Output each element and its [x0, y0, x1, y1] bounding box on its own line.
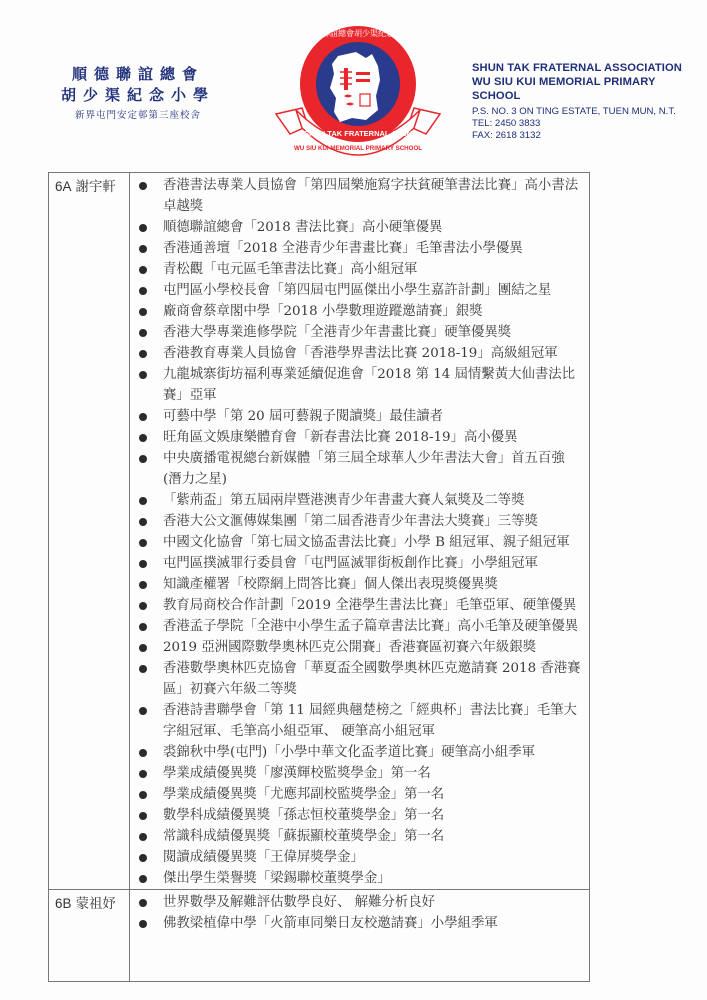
letterhead: 順德聯誼總會 胡少渠紀念小學 新界屯門安定邨第三座校舍 順德聯誼總會胡少渠紀念小… — [0, 0, 707, 160]
bullet-icon — [139, 224, 147, 232]
school-name-en: WU SIU KUI MEMORIAL PRIMARY SCHOOL — [472, 75, 707, 103]
awards-list: 世界數學及解難評估數學良好、 解難分析良好 佛教梁植偉中學「火箭車同樂日友校邀請… — [130, 890, 589, 934]
award-item: 學業成績優異獎「尤應邦副校監獎學金」第一名 — [130, 784, 589, 805]
bullet-icon — [139, 854, 147, 862]
award-item: 九龍城寨街坊福利專業延續促進會「2018 第 14 屆情繫黃大仙書法比賽」亞軍 — [130, 364, 589, 406]
award-item: 旺角區文娛康樂體育會「新春書法比賽 2018-19」高小優異 — [130, 427, 589, 448]
award-item: 數學科成績優異獎「孫志恒校董獎學金」第一名 — [130, 805, 589, 826]
bullet-icon — [139, 434, 147, 442]
bullet-icon — [139, 518, 147, 526]
award-item: 傑出學生榮譽獎「梁錫聯校董獎學金」 — [130, 868, 589, 889]
awards-cell: 世界數學及解難評估數學良好、 解難分析良好 佛教梁植偉中學「火箭車同樂日友校邀請… — [130, 890, 590, 982]
bullet-icon — [139, 371, 147, 379]
award-item: 香港孟子學院「全港中小學生孟子篇章書法比賽」高小毛筆及硬筆優異 — [130, 616, 589, 637]
award-item: 青松觀「屯元區毛筆書法比賽」高小組冠軍 — [130, 259, 589, 280]
award-item: 常識科成績優異獎「蘇振顯校董獎學金」第一名 — [130, 826, 589, 847]
award-item: 香港書法專業人員協會「第四屆樂施寫字扶貧硬筆書法比賽」高小書法卓越獎 — [130, 175, 589, 217]
award-item: 「紫荊盃」第五屆兩岸暨港澳青少年書畫大賽人氣獎及二等獎 — [130, 490, 589, 511]
student-cell: 6A 謝宇軒 — [49, 173, 130, 890]
award-item: 學業成績優異獎「廖漢輝校監獎學金」第一名 — [130, 763, 589, 784]
award-item: 閱讀成績優異獎「王偉屏獎學金」 — [130, 847, 589, 868]
student-cell: 6B 蒙祖妤 — [49, 890, 130, 982]
awards-cell: 香港書法專業人員協會「第四屆樂施寫字扶貧硬筆書法比賽」高小書法卓越獎 順德聯誼總… — [130, 173, 590, 890]
award-item: 中央廣播電視總台新媒體「第三屆全球華人少年書法大會」首五百強(潛力之星) — [130, 448, 589, 490]
school-name-english: SHUN TAK FRATERNAL ASSOCIATION WU SIU KU… — [472, 61, 707, 142]
award-item: 香港教育專業人員協會「香港學界書法比賽 2018-19」高級組冠軍 — [130, 343, 589, 364]
school-logo-icon: 順德聯誼總會胡少渠紀念小學 SHUN TAK FRATERNAL ASSN WU… — [268, 22, 448, 160]
bullet-icon — [139, 875, 147, 883]
bullet-icon — [139, 560, 147, 568]
bullet-icon — [139, 770, 147, 778]
bullet-icon — [139, 350, 147, 358]
award-item: 2019 亞洲國際數學奧林匹克公開賽」香港賽區初賽六年級銀獎 — [130, 637, 589, 658]
school-name-cn: 胡少渠紀念小學 — [58, 85, 218, 106]
awards-list: 香港書法專業人員協會「第四屆樂施寫字扶貧硬筆書法比賽」高小書法卓越獎 順德聯誼總… — [130, 173, 589, 889]
bullet-icon — [139, 497, 147, 505]
award-item: 廠商會蔡章閣中學「2018 小學數理遊蹤邀請賽」銀獎 — [130, 301, 589, 322]
bullet-icon — [139, 812, 147, 820]
award-item: 中國文化協會「第七屆文協盃書法比賽」小學 B 組冠軍、親子組冠軍 — [130, 532, 589, 553]
bullet-icon — [139, 791, 147, 799]
award-item: 知識產權署「校際網上問答比賽」個人傑出表現獎優異獎 — [130, 574, 589, 595]
award-item: 佛教梁植偉中學「火箭車同樂日友校邀請賽」小學組季軍 — [130, 913, 589, 934]
award-item: 香港數學奧林匹克協會「華夏盃全國數學奧林匹克邀請賽 2018 香港賽區」初賽六年… — [130, 658, 589, 700]
award-item: 世界數學及解難評估數學良好、 解難分析良好 — [130, 892, 589, 913]
svg-text:SHUN TAK FRATERNAL ASSN: SHUN TAK FRATERNAL ASSN — [304, 129, 412, 138]
student-class: 6B — [55, 896, 71, 911]
bullet-icon — [139, 413, 147, 421]
award-item: 可藝中學「第 20 屆可藝親子閱讀獎」最佳讀者 — [130, 406, 589, 427]
bullet-icon — [139, 539, 147, 547]
student-class: 6A — [55, 179, 71, 194]
award-item: 屯門區撲滅罪行委員會「屯門區滅罪街板創作比賽」小學組冠軍 — [130, 553, 589, 574]
student-row: 6A 謝宇軒 香港書法專業人員協會「第四屆樂施寫字扶貧硬筆書法比賽」高小書法卓越… — [49, 173, 590, 890]
bullet-icon — [139, 287, 147, 295]
award-item: 香港通善壇「2018 全港青少年書畫比賽」毛筆書法小學優異 — [130, 238, 589, 259]
award-item: 香港詩書聯學會「第 11 屆經典翹楚榜之「經典杯」書法比賽」毛筆大字組冠軍、毛筆… — [130, 700, 589, 742]
student-name: 蒙祖妤 — [76, 897, 116, 912]
award-item: 教育局商校合作計劃「2019 全港學生書法比賽」毛筆亞軍、硬筆優異 — [130, 595, 589, 616]
bullet-icon — [139, 455, 147, 463]
association-name-cn: 順德聯誼總會 — [58, 64, 218, 85]
bullet-icon — [139, 920, 147, 928]
school-name-chinese: 順德聯誼總會 胡少渠紀念小學 新界屯門安定邨第三座校舍 — [58, 64, 218, 124]
bullet-icon — [139, 581, 147, 589]
bullet-icon — [139, 602, 147, 610]
award-item: 香港大公文滙傳媒集團「第二屆香港青少年書法大獎賽」三等獎 — [130, 511, 589, 532]
award-item: 順德聯誼總會「2018 書法比賽」高小硬筆優異 — [130, 217, 589, 238]
bullet-icon — [139, 182, 147, 190]
bullet-icon — [139, 266, 147, 274]
bullet-icon — [139, 899, 147, 907]
bullet-icon — [139, 245, 147, 253]
school-fax: FAX: 2618 3132 — [472, 130, 707, 142]
student-row: 6B 蒙祖妤 世界數學及解難評估數學良好、 解難分析良好 佛教梁植偉中學「火箭車… — [49, 890, 590, 982]
bullet-icon — [139, 707, 147, 715]
awards-table: 6A 謝宇軒 香港書法專業人員協會「第四屆樂施寫字扶貧硬筆書法比賽」高小書法卓越… — [48, 172, 590, 982]
bullet-icon — [139, 833, 147, 841]
bullet-icon — [139, 644, 147, 652]
award-item: 香港大學專業進修學院「全港青少年書畫比賽」硬筆優異獎 — [130, 322, 589, 343]
svg-text:WU SIU KUI MEMORIAL PRIMARY SC: WU SIU KUI MEMORIAL PRIMARY SCHOOL — [294, 145, 422, 152]
bullet-icon — [139, 749, 147, 757]
school-telephone: TEL: 2450 3833 — [472, 118, 707, 130]
association-name-en: SHUN TAK FRATERNAL ASSOCIATION — [472, 61, 707, 75]
school-address-en: P.S. NO. 3 ON TING ESTATE, TUEN MUN, N.T… — [472, 106, 707, 118]
bullet-icon — [139, 329, 147, 337]
bullet-icon — [139, 623, 147, 631]
school-address-cn: 新界屯門安定邨第三座校舍 — [58, 108, 218, 124]
award-item: 裘錦秋中學(屯門)「小學中華文化盃孝道比賽」硬筆高小組季軍 — [130, 742, 589, 763]
student-name: 謝宇軒 — [76, 180, 116, 195]
award-item: 屯門區小學校長會「第四屆屯門區傑出小學生嘉許計劃」團結之星 — [130, 280, 589, 301]
bullet-icon — [139, 308, 147, 316]
logo-ring-text-cn: 順德聯誼總會胡少渠紀念小學 — [306, 28, 410, 38]
bullet-icon — [139, 665, 147, 673]
